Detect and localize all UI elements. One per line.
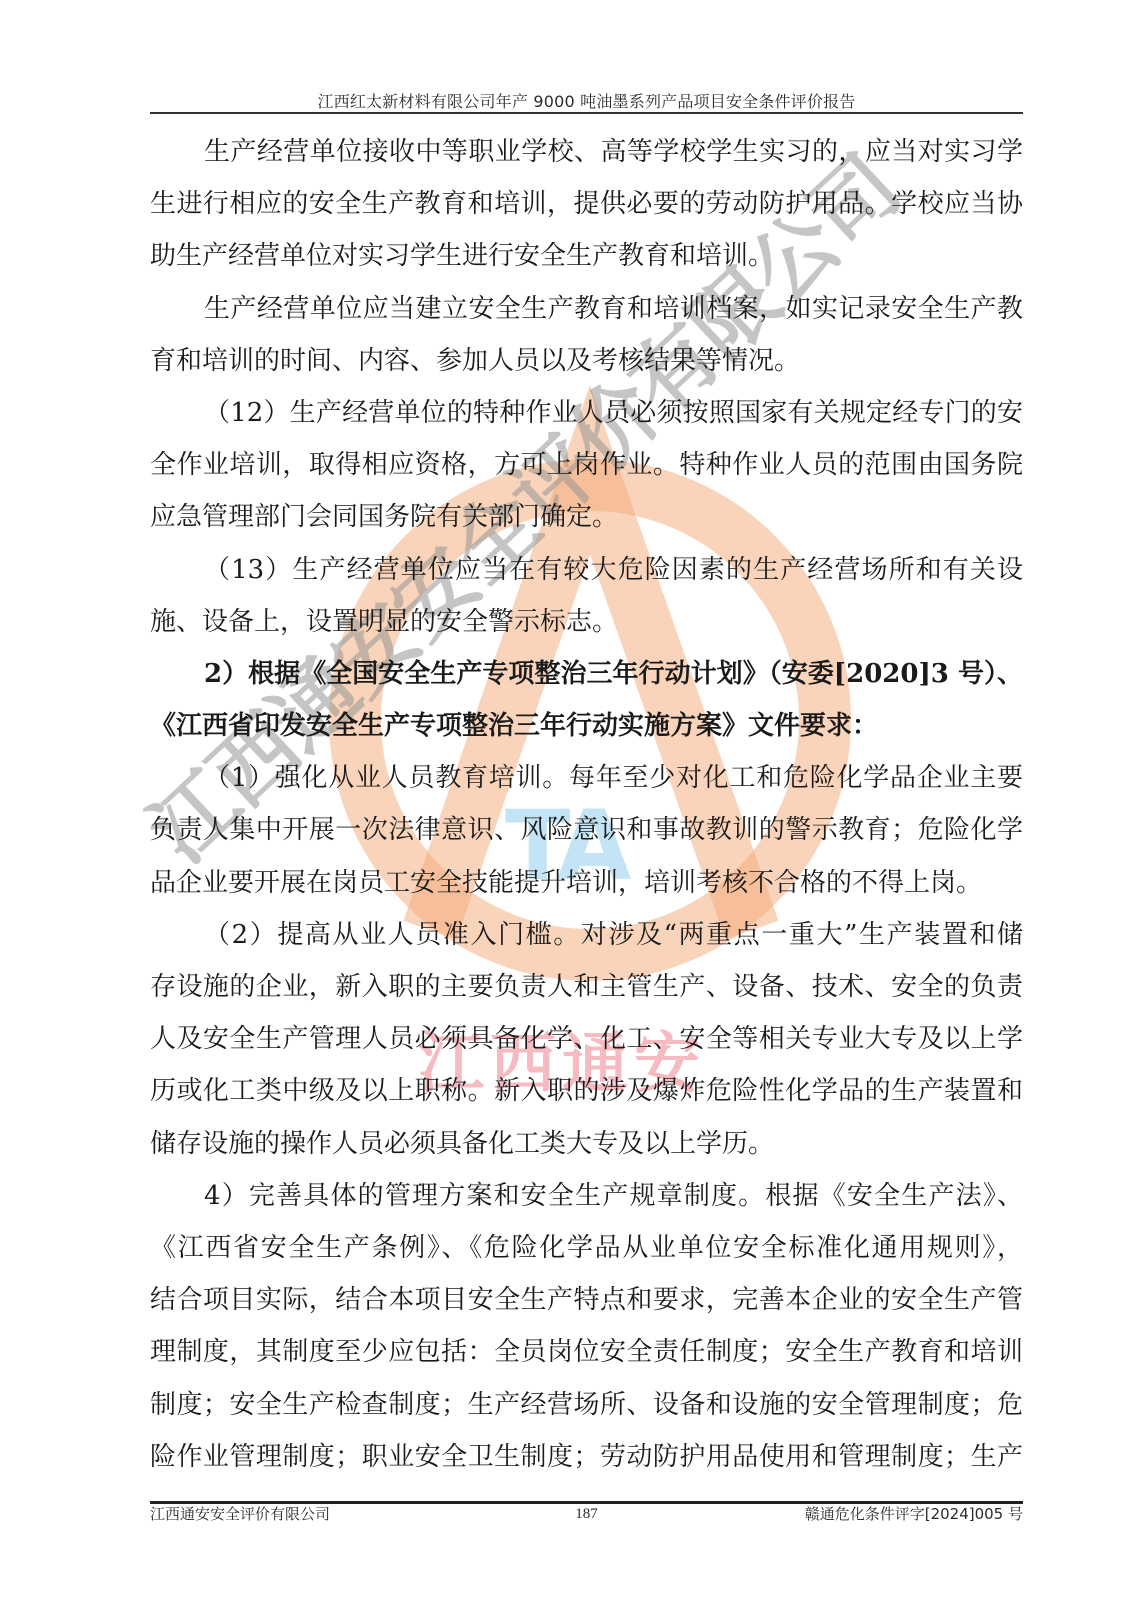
text-line: 储存设施的操作人员必须具备化工类大专及以上学历。 (150, 1118, 1023, 1170)
text-line: 制度；安全生产检查制度；生产经营场所、设备和设施的安全管理制度；危 (150, 1379, 1023, 1431)
running-header-title: 江西红太新材料有限公司年产 9000 吨油墨系列产品项目安全条件评价报告 (150, 92, 1023, 112)
footer-document-number: 赣通危化条件评字[2024]005 号 (805, 1504, 1023, 1524)
text-line: 全作业培训，取得相应资格，方可上岗作业。特种作业人员的范围由国务院 (150, 439, 1023, 491)
section-heading-line: 《江西省印发安全生产专项整治三年行动实施方案》文件要求： (150, 700, 1023, 752)
text-line: 施、设备上，设置明显的安全警示标志。 (150, 596, 1023, 648)
text-line: 生进行相应的安全生产教育和培训，提供必要的劳动防护用品。学校应当协 (150, 178, 1023, 230)
text-line: 险作业管理制度；职业安全卫生制度；劳动防护用品使用和管理制度；生产 (150, 1431, 1023, 1483)
header-rule (150, 112, 1023, 114)
text-line: 负责人集中开展一次法律意识、风险意识和事故教训的警示教育；危险化学 (150, 804, 1023, 856)
text-line: 结合项目实际，结合本项目安全生产特点和要求，完善本企业的安全生产管 (150, 1274, 1023, 1326)
text-line: 助生产经营单位对实习学生进行安全生产教育和培训。 (150, 230, 1023, 282)
text-line: （1）强化从业人员教育培训。每年至少对化工和危险化学品企业主要 (150, 752, 1023, 804)
text-line: 4）完善具体的管理方案和安全生产规章制度。根据《安全生产法》、 (150, 1170, 1023, 1222)
text-line: 历或化工类中级及以上职称。新入职的涉及爆炸危险性化学品的生产装置和 (150, 1065, 1023, 1117)
text-line: 生产经营单位接收中等职业学校、高等学校学生实习的，应当对实习学 (150, 126, 1023, 178)
text-line: 理制度，其制度至少应包括：全员岗位安全责任制度；安全生产教育和培训 (150, 1326, 1023, 1378)
text-line: 生产经营单位应当建立安全生产教育和培训档案，如实记录安全生产教 (150, 283, 1023, 335)
text-line: 品企业要开展在岗员工安全技能提升培训，培训考核不合格的不得上岗。 (150, 857, 1023, 909)
document-page: 江西红太新材料有限公司年产 9000 吨油墨系列产品项目安全条件评价报告 TA … (0, 0, 1131, 1600)
body-text: 生产经营单位接收中等职业学校、高等学校学生实习的，应当对实习学 生进行相应的安全… (150, 126, 1023, 1483)
text-line: （13）生产经营单位应当在有较大危险因素的生产经营场所和有关设 (150, 544, 1023, 596)
text-line: （12）生产经营单位的特种作业人员必须按照国家有关规定经专门的安 (150, 387, 1023, 439)
text-line: 育和培训的时间、内容、参加人员以及考核结果等情况。 (150, 335, 1023, 387)
text-line: 人及安全生产管理人员必须具备化学、化工、安全等相关专业大专及以上学 (150, 1013, 1023, 1065)
text-line: 应急管理部门会同国务院有关部门确定。 (150, 491, 1023, 543)
text-line: 存设施的企业，新入职的主要负责人和主管生产、设备、技术、安全的负责 (150, 961, 1023, 1013)
text-line: （2）提高从业人员准入门槛。对涉及“两重点一重大”生产装置和储 (150, 909, 1023, 961)
text-line: 《江西省安全生产条例》、《危险化学品从业单位安全标准化通用规则》， (150, 1222, 1023, 1274)
section-heading-line: 2）根据《全国安全生产专项整治三年行动计划》（安委[2020]3 号）、 (150, 648, 1023, 700)
running-footer: 江西通安安全评价有限公司 187 赣通危化条件评字[2024]005 号 (150, 1504, 1023, 1524)
